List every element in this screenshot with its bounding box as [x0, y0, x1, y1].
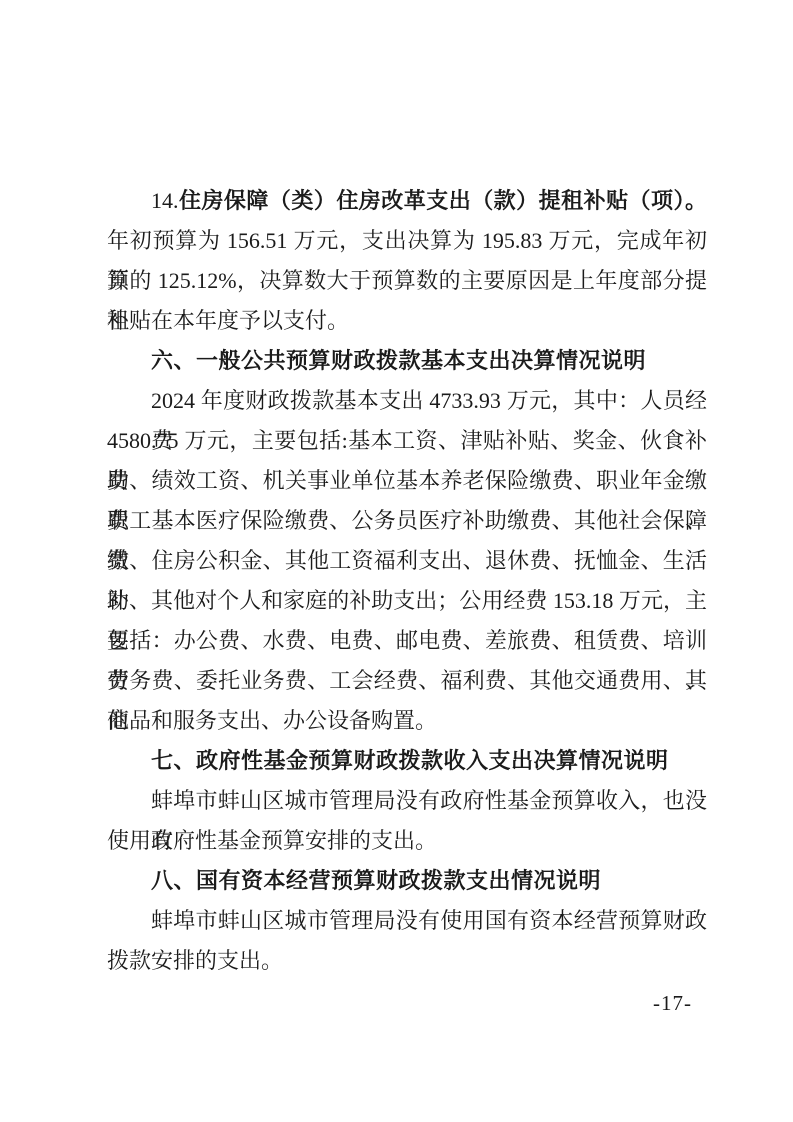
text-line: 使用政府性基金预算安排的支出。 — [107, 821, 707, 861]
text-line: 职工基本医疗保险缴费、公务员医疗补助缴费、其他社会保障缴 — [107, 501, 707, 541]
text-run-num: 14. — [151, 188, 179, 213]
page-number: -17- — [653, 991, 692, 1016]
paragraph: 14.住房保障（类）住房改革支出（款）提租补贴（项）。年初预算为 156.51 … — [107, 181, 707, 341]
heading-line: 七、政府性基金预算财政拨款收入支出决算情况说明 — [107, 741, 707, 781]
text-line: 14.住房保障（类）住房改革支出（款）提租补贴（项）。 — [107, 181, 707, 221]
text-line: 费、绩效工资、机关事业单位基本养老保险缴费、职业年金缴费、 — [107, 461, 707, 501]
section-heading: 六、一般公共预算财政拨款基本支出决算情况说明 — [107, 341, 707, 381]
section-heading: 八、国有资本经营预算财政拨款支出情况说明 — [107, 861, 707, 901]
text-line: 年初预算为 156.51 万元，支出决算为 195.83 万元，完成年初预 — [107, 221, 707, 261]
text-run-bold: 住房保障（类）住房改革支出（款）提租补贴（项）。 — [179, 188, 708, 213]
document-page: 14.住房保障（类）住房改革支出（款）提租补贴（项）。年初预算为 156.51 … — [0, 0, 793, 1122]
text-line: 费、住房公积金、其他工资福利支出、退休费、抚恤金、生活补 — [107, 541, 707, 581]
text-line: 2024 年度财政拨款基本支出 4733.93 万元，其中：人员经费 — [107, 381, 707, 421]
text-line: 蚌埠市蚌山区城市管理局没有政府性基金预算收入，也没有 — [107, 781, 707, 821]
text-line: 助、其他对个人和家庭的补助支出；公用经费 153.18 万元，主要 — [107, 581, 707, 621]
text-line: 4580.75 万元，主要包括:基本工资、津贴补贴、奖金、伙食补助 — [107, 421, 707, 461]
section-heading: 七、政府性基金预算财政拨款收入支出决算情况说明 — [107, 741, 707, 781]
heading-line: 八、国有资本经营预算财政拨款支出情况说明 — [107, 861, 707, 901]
text-line: 算的 125.12%，决算数大于预算数的主要原因是上年度部分提租 — [107, 261, 707, 301]
paragraph: 蚌埠市蚌山区城市管理局没有政府性基金预算收入，也没有使用政府性基金预算安排的支出… — [107, 781, 707, 861]
paragraph: 2024 年度财政拨款基本支出 4733.93 万元，其中：人员经费4580.7… — [107, 381, 707, 741]
paragraph: 蚌埠市蚌山区城市管理局没有使用国有资本经营预算财政拨款安排的支出。 — [107, 901, 707, 981]
text-line: 劳务费、委托业务费、工会经费、福利费、其他交通费用、其他 — [107, 661, 707, 701]
text-line: 商品和服务支出、办公设备购置。 — [107, 701, 707, 741]
text-line: 包括：办公费、水费、电费、邮电费、差旅费、租赁费、培训费、 — [107, 621, 707, 661]
text-line: 拨款安排的支出。 — [107, 941, 707, 981]
text-line: 补贴在本年度予以支付。 — [107, 301, 707, 341]
document-text-block: 14.住房保障（类）住房改革支出（款）提租补贴（项）。年初预算为 156.51 … — [107, 181, 707, 981]
text-line: 蚌埠市蚌山区城市管理局没有使用国有资本经营预算财政 — [107, 901, 707, 941]
heading-line: 六、一般公共预算财政拨款基本支出决算情况说明 — [107, 341, 707, 381]
